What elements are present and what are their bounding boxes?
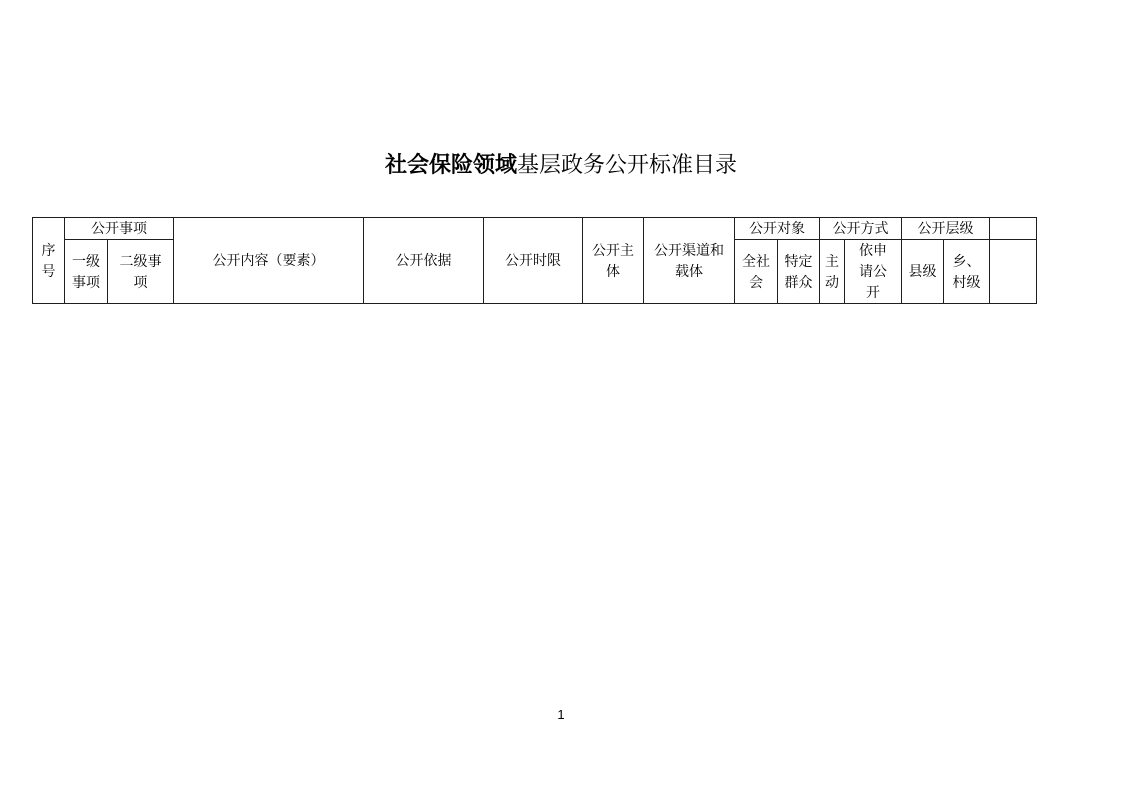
header-cell-yishenqing-gongkai: 依申 请公 开 [845, 240, 902, 304]
title-bold-segment: 社会保险领域 [385, 152, 517, 177]
header-cell-gongkai-qudao-he-zaiti: 公开渠道和 载体 [644, 218, 735, 304]
catalog-header-table: 序 号 公开事项 公开内容（要素） 公开依据 公开时限 公开主 体 公开渠道和 … [32, 217, 1037, 304]
header-cell-zhudong: 主 动 [820, 240, 845, 304]
header-cell-xiang-cunji: 乡、 村级 [944, 240, 990, 304]
header-cell-gongkai-shixian: 公开时限 [484, 218, 583, 304]
document-title: 社会保险领域基层政务公开标准目录 [0, 150, 1122, 180]
header-cell-gongkai-shixiang: 公开事项 [65, 218, 174, 240]
header-cell-teding-qunzhong: 特定 群众 [778, 240, 820, 304]
header-cell-erji-shixiang: 二级事 项 [108, 240, 174, 304]
header-cell-quan-shehui: 全社 会 [735, 240, 778, 304]
title-regular-segment: 基层政务公开标准目录 [517, 152, 737, 177]
header-cell-empty-bottom [990, 240, 1037, 304]
header-cell-xianji: 县级 [902, 240, 944, 304]
header-cell-gongkai-yiju: 公开依据 [364, 218, 484, 304]
page-number: 1 [0, 707, 1122, 723]
header-cell-gongkai-zhuti: 公开主 体 [583, 218, 644, 304]
header-cell-gongkai-cengji: 公开层级 [902, 218, 990, 240]
header-row-groups: 序 号 公开事项 公开内容（要素） 公开依据 公开时限 公开主 体 公开渠道和 … [33, 218, 1037, 240]
header-cell-yiji-shixiang: 一级 事项 [65, 240, 108, 304]
header-cell-gongkai-neirong-yaosu: 公开内容（要素） [174, 218, 364, 304]
header-cell-gongkai-fangshi: 公开方式 [820, 218, 902, 240]
document-page: 社会保险领域基层政务公开标准目录 序 号 公开事项 公开内容（要素） 公开 [0, 0, 1122, 793]
header-cell-empty-top [990, 218, 1037, 240]
header-cell-xuhao: 序 号 [33, 218, 65, 304]
header-cell-gongkai-duixiang: 公开对象 [735, 218, 820, 240]
